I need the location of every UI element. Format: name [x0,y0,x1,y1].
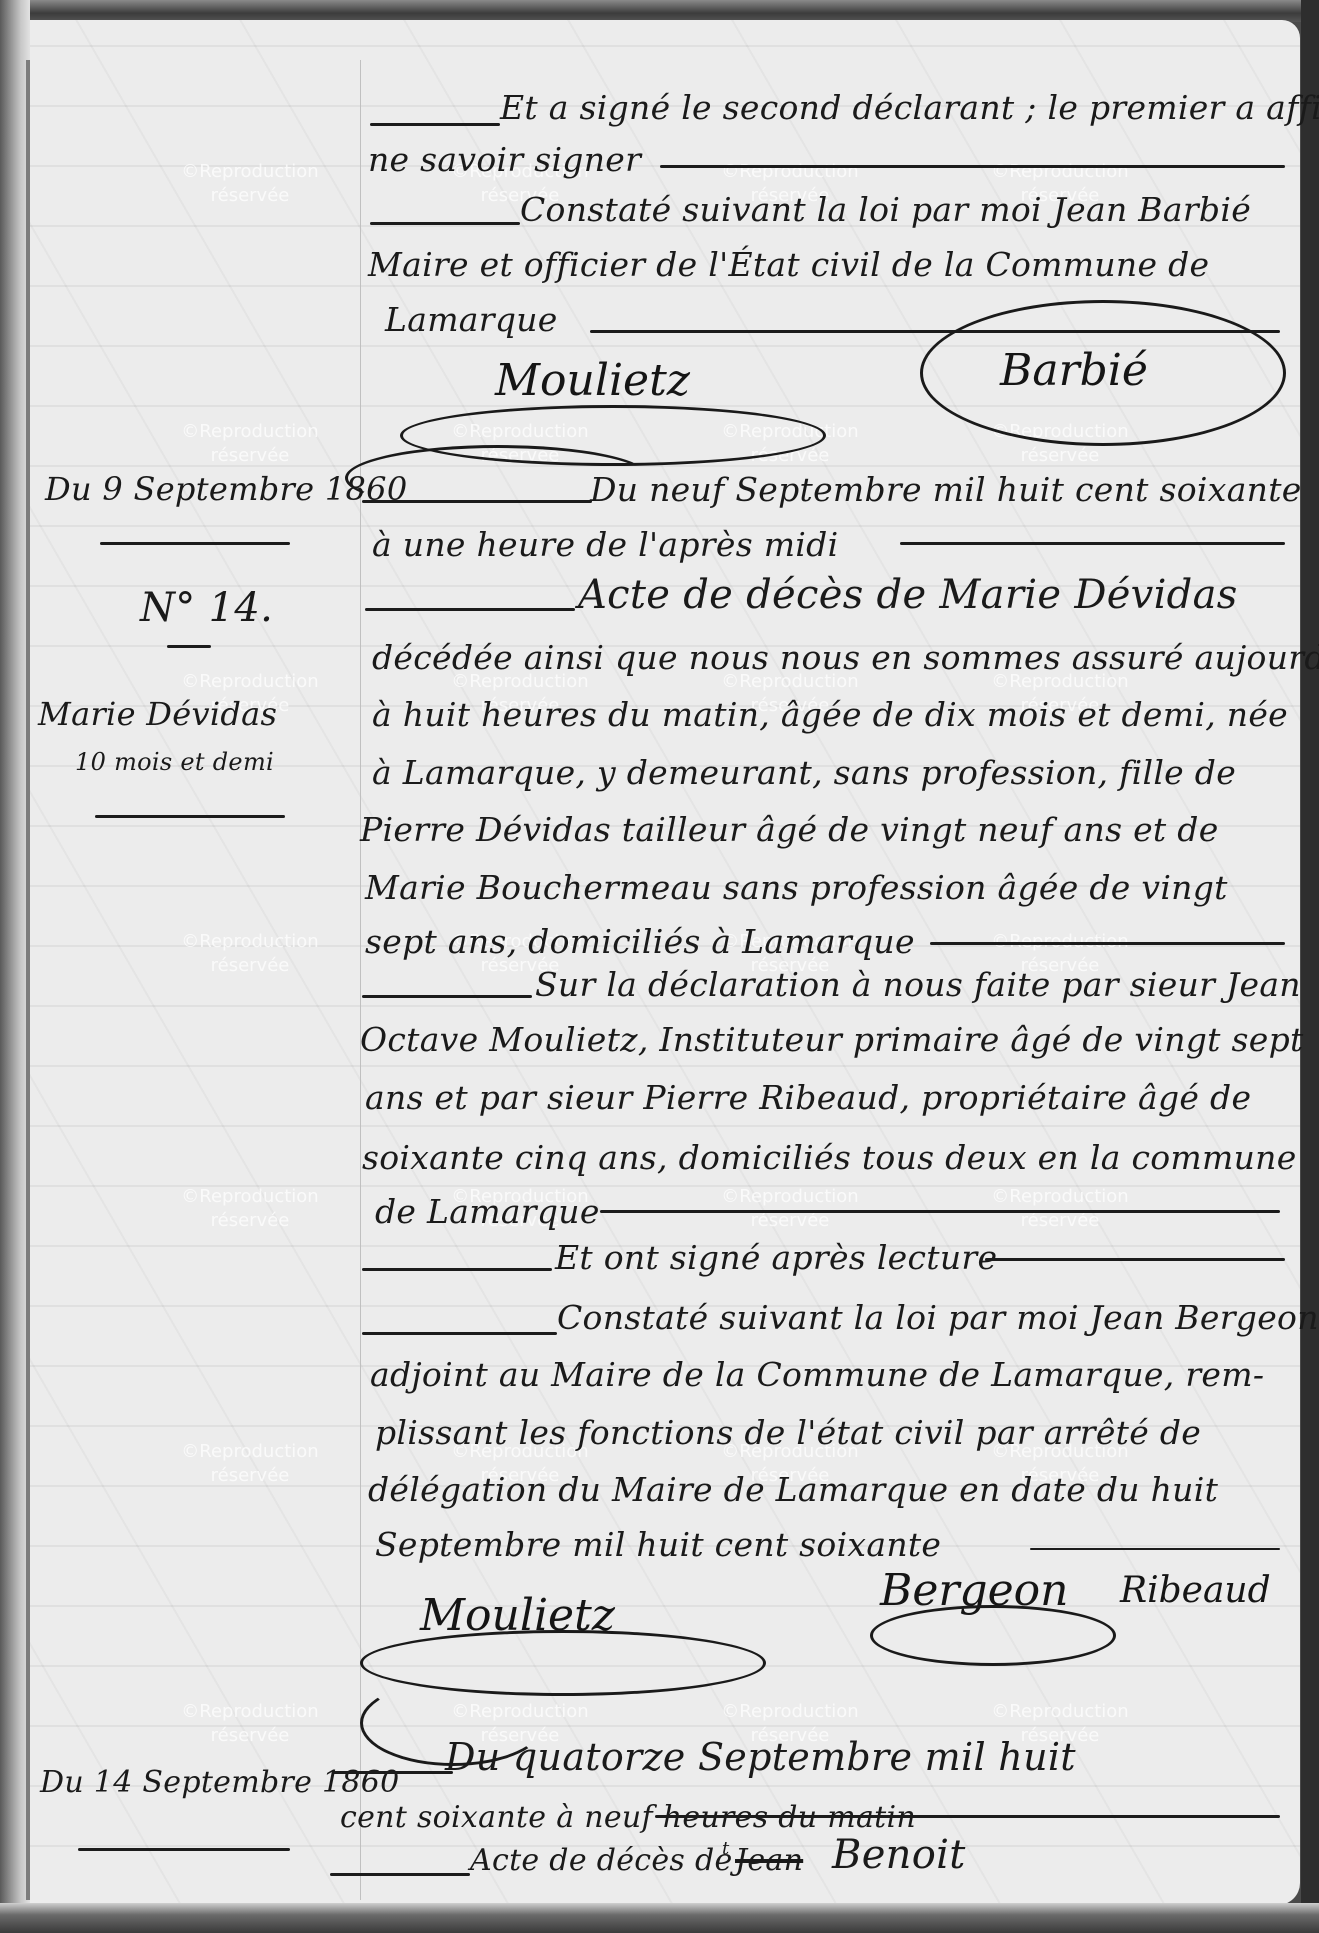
line-dash [362,995,532,998]
line-dash [333,1771,453,1774]
line-fill [930,942,1285,945]
margin-underline [78,1848,290,1851]
text-line: Maire et officier de l'État civil de la … [368,245,1209,284]
bottom-page-edge [0,1903,1319,1933]
text-line: à une heure de l'après midi [372,525,838,564]
text-line: Du quatorze Septembre mil huit [445,1735,1076,1779]
line-dash [365,608,575,611]
line-dash [362,500,592,503]
text-line: Acte de décès de Marie Dévidas [578,572,1238,618]
text-line: ans et par sieur Pierre Ribeaud, proprié… [365,1078,1251,1117]
text-line: Constaté suivant la loi par moi Jean Bar… [520,190,1251,229]
superscript: t [722,1838,730,1859]
text-line: adjoint au Maire de la Commune de Lamarq… [370,1355,1264,1394]
line-dash [370,222,520,225]
margin-act-number: N° 14. [140,585,273,631]
text-line: soixante cinq ans, domiciliés tous deux … [362,1138,1297,1177]
text-line: Septembre mil huit cent soixante [375,1525,941,1564]
margin-rule [360,60,361,1900]
line-dash [362,1332,557,1335]
text-line: décédée ainsi que nous nous en sommes as… [372,638,1319,677]
text-line: Constaté suivant la loi par moi Jean Ber… [557,1298,1319,1337]
text-line: Octave Moulietz, Instituteur primaire âg… [360,1020,1304,1059]
text-line: à Lamarque, y demeurant, sans profession… [372,753,1236,792]
binding-line [26,60,30,1900]
line-dash [370,123,500,126]
top-page-edge [0,0,1319,22]
text-line: Et a signé le second déclarant ; le prem… [500,88,1319,127]
margin-underline [100,542,290,545]
text-line: à huit heures du matin, âgée de dix mois… [372,695,1288,734]
line-dash [362,1268,552,1271]
text-line: délégation du Maire de Lamarque en date … [368,1470,1218,1509]
text-line: Acte de décès de [470,1843,733,1878]
line-fill [600,1210,1280,1213]
signature-flourish [870,1605,1116,1666]
text-line: Sur la déclaration à nous faite par sieu… [535,965,1301,1004]
deceased-name: Benoit [832,1832,966,1878]
margin-dash [167,645,211,648]
right-page-edge [1301,0,1319,1933]
line-fill [900,542,1285,545]
text-line: plissant les fonctions de l'état civil p… [375,1413,1201,1452]
signature-ribeaud: Ribeaud [1120,1570,1271,1611]
text-line: de Lamarque [375,1192,600,1231]
text-line: Marie Bouchermeau sans profession âgée d… [365,868,1228,907]
line-dash [330,1873,470,1876]
margin-underline [95,815,285,818]
text-line: Et ont signé après lecture [555,1238,997,1277]
margin-deceased-name: Marie Dévidas [38,695,277,733]
signature-moulietz: Moulietz [495,355,690,406]
text-line: Lamarque [385,300,558,339]
line-fill [660,165,1285,168]
line-fill [1030,1548,1280,1550]
text-line: sept ans, domiciliés à Lamarque [365,922,915,961]
line-fill [655,1815,1280,1818]
struck-word: Jean [735,1843,803,1878]
text-line: ne savoir signer [368,140,641,179]
margin-deceased-age: 10 mois et demi [75,748,274,776]
signature-flourish [920,300,1286,446]
text-line: Pierre Dévidas tailleur âgé de vingt neu… [360,810,1219,849]
text-line: Du neuf Septembre mil huit cent soixante [590,470,1302,509]
line-fill [985,1258,1285,1261]
